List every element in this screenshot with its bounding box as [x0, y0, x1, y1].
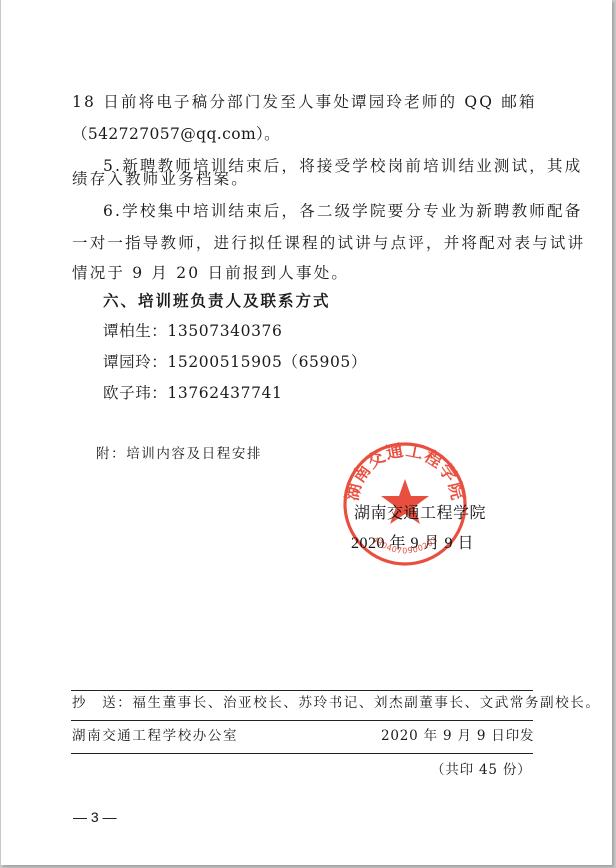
footer-separator-middle [71, 720, 533, 721]
contact-line-3: 欧子玮：13762437741 [103, 386, 282, 402]
contact-line-1: 谭柏生：13507340376 [103, 324, 282, 340]
document-page: 18 日前将电子稿分部门发至人事处谭园玲老师的 QQ 邮箱 （542727057… [1, 0, 612, 865]
body-line-6: 一对一指导教师，进行拟任课程的试讲与点评，并将配对表与试讲 [72, 236, 585, 252]
signature-date: 2020 年 9 月 9 日 [351, 536, 474, 552]
page-number: — 3 — [73, 809, 117, 825]
body-line-4: 绩存入教师业务档案。 [72, 172, 249, 188]
attachment-note: 附：培训内容及日程安排 [96, 448, 262, 462]
footer-separator-bottom [71, 753, 533, 754]
section-heading: 六、培训班负责人及联系方式 [103, 294, 331, 310]
issue-date: 2020 年 9 月 9 日印发 [381, 730, 534, 744]
footer-separator-top [71, 690, 533, 691]
body-line-5: 6.学校集中培训结束后，各二级学院要分专业为新聘教师配备 [103, 204, 582, 220]
cc-line: 抄 送：福生董事长、治亚校长、苏玲书记、刘杰副董事长、文武常务副校长。 [72, 697, 601, 711]
issuer-office: 湖南交通工程学校办公室 [72, 730, 238, 744]
copies-count: （共印 45 份） [431, 764, 531, 778]
signature-organization: 湖南交通工程学院 [354, 506, 486, 522]
body-line-1: 18 日前将电子稿分部门发至人事处谭园玲老师的 QQ 邮箱 [72, 95, 537, 111]
body-line-2-email: （542727057@qq.com）。 [72, 127, 280, 143]
body-line-7: 情况于 9 月 20 日前报到人事处。 [72, 266, 349, 282]
contact-line-2: 谭园玲：15200515905（65905） [103, 355, 367, 371]
